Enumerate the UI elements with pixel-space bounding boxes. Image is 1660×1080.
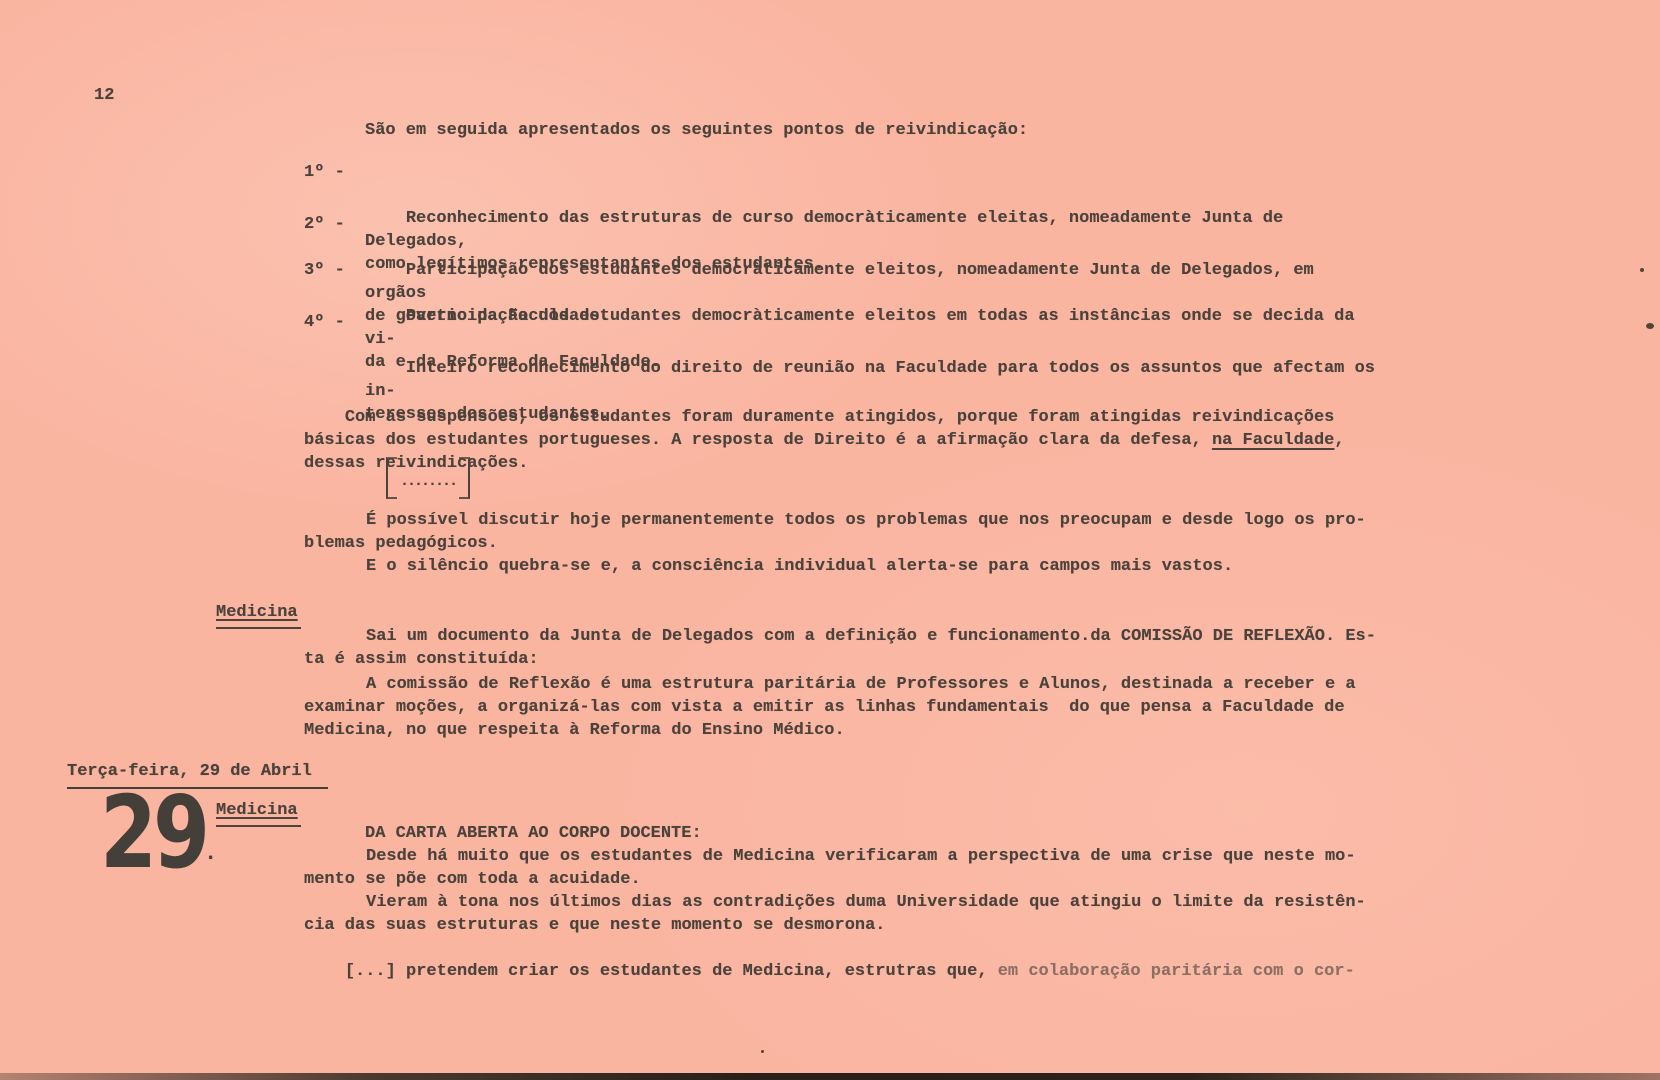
possible-paragraph: É possível discutir hoje permanentemente… [304,509,1399,555]
section-heading-medicina: Medicina [216,601,301,629]
claim-marker-4: 4º - [304,311,345,334]
page-number: 12 [94,84,114,107]
carta-paragraph-1: Desde há muito que os estudantes de Medi… [304,845,1399,891]
ink-speck [1646,323,1654,329]
omission-brackets: ........ [386,457,470,499]
ink-speck [761,1050,764,1053]
left-bracket-mark [386,457,397,499]
medicina-paragraph-1: Sai um documento da Junta de Delegados c… [304,625,1399,671]
claim-marker-3: 3º - [304,259,345,282]
medicina-paragraph-2: A comissão de Reflexão é uma estrutura p… [304,673,1399,742]
claim-marker-2: 2º - [304,213,345,236]
scan-bottom-edge [0,1073,1660,1080]
day-number-period: . [204,842,217,865]
underlined-phrase-na-faculdade: na Faculdade [1212,431,1334,450]
right-bracket-mark [459,457,470,499]
ink-speck [1640,268,1644,272]
day-section-heading-medicina: Medicina [216,799,301,827]
day-number: 29 [100,791,206,875]
omission-dots: ........ [397,457,459,499]
carta-aberta-title: DA CARTA ABERTA AO CORPO DOCENTE: [365,822,1460,845]
carta-paragraph-3-faded: em colaboração paritária com o cor- [998,962,1355,981]
silence-paragraph: E o silêncio quebra-se e, a consciência … [304,555,1399,578]
claim-marker-1: 1º - [304,161,345,184]
carta-paragraph-3: [...] pretendem criar os estudantes de M… [304,937,1399,1006]
carta-paragraph-3-start: [...] pretendem criar os estudantes de M… [345,962,998,981]
carta-paragraph-2: Vieram à tona nos últimos dias as contra… [304,891,1399,937]
suspension-text-before: Com as suspensões, os estudantes foram d… [304,408,1334,450]
scanned-document-page: 12 São em seguida apresentados os seguin… [0,0,1660,1080]
intro-line: São em seguida apresentados os seguintes… [365,119,1460,142]
